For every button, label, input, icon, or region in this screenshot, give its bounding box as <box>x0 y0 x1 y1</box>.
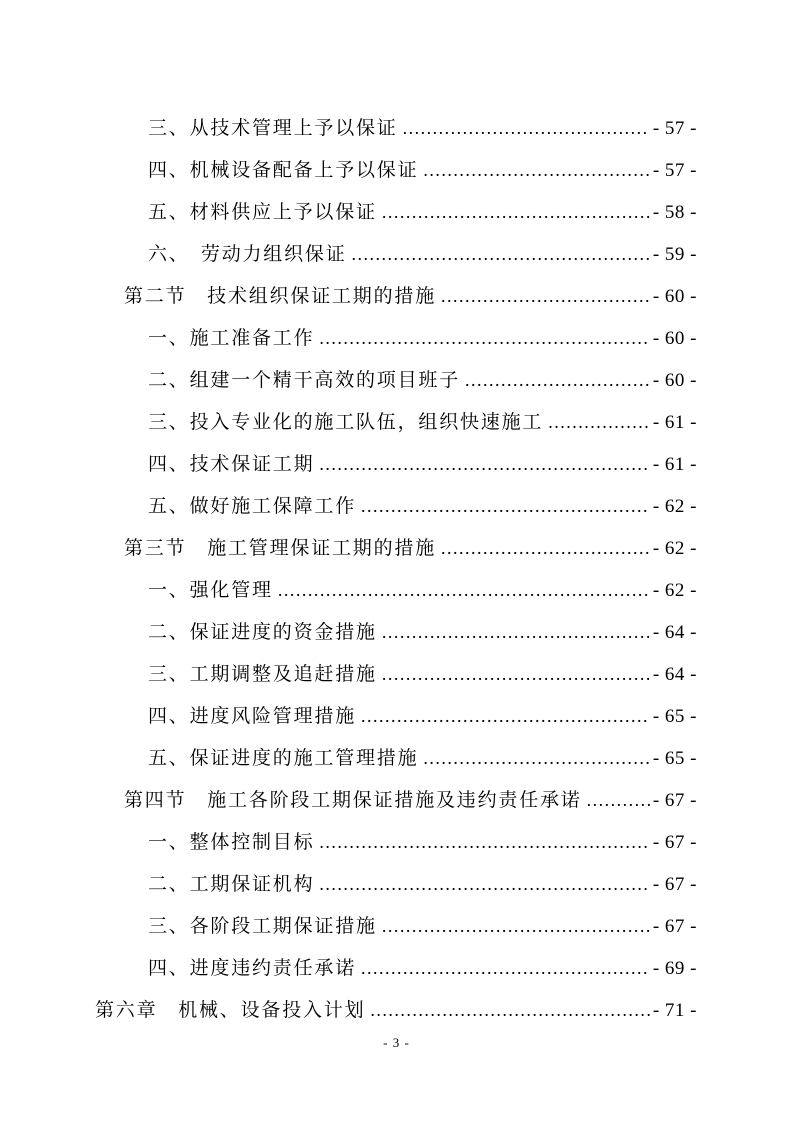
toc-leader-dots <box>465 359 650 401</box>
toc-entry-page: - 62 - <box>653 528 697 570</box>
toc-entry-page: - 64 - <box>653 612 697 654</box>
toc-entry[interactable]: 六、 劳动力组织保证 - 59 - <box>95 233 697 275</box>
toc-entry-page: - 67 - <box>653 864 697 906</box>
toc-entry[interactable]: 第三节 施工管理保证工期的措施 - 62 - <box>95 527 697 569</box>
toc-entry-label: 三、投入专业化的施工队伍，组织快速施工 <box>95 402 543 444</box>
toc-leader-dots <box>548 401 650 443</box>
toc-entry-label: 四、机械设备配备上予以保证 <box>95 150 418 192</box>
toc-entry-page: - 58 - <box>653 192 697 234</box>
toc-entry-page: - 61 - <box>653 444 697 486</box>
toc-entry-label: 四、进度违约责任承诺 <box>95 948 356 990</box>
toc-entry-label: 二、组建一个精干高效的项目班子 <box>95 360 460 402</box>
toc-entry-page: - 69 - <box>653 948 697 990</box>
toc-entry[interactable]: 四、进度违约责任承诺 - 69 - <box>95 947 697 989</box>
toc-entry[interactable]: 四、进度风险管理措施 - 65 - <box>95 695 697 737</box>
toc-leader-dots <box>352 233 650 275</box>
toc-entry-page: - 57 - <box>653 150 697 192</box>
toc-leader-dots <box>382 191 650 233</box>
toc-entry-page: - 67 - <box>653 906 697 948</box>
toc-leader-dots <box>587 779 650 821</box>
toc-entry-label: 二、工期保证机构 <box>95 864 314 906</box>
toc-entry-label: 五、保证进度的施工管理措施 <box>95 738 418 780</box>
toc-entry-page: - 60 - <box>653 318 697 360</box>
toc-leader-dots <box>319 317 649 359</box>
toc-entry-label: 三、工期调整及追赶措施 <box>95 654 377 696</box>
toc-entry[interactable]: 五、材料供应上予以保证 - 58 - <box>95 191 697 233</box>
toc-entry-label: 二、保证进度的资金措施 <box>95 612 377 654</box>
toc-entry-page: - 64 - <box>653 654 697 696</box>
toc-entry-label: 一、施工准备工作 <box>95 318 314 360</box>
toc-entry-page: - 60 - <box>653 360 697 402</box>
toc-entry-label: 一、整体控制目标 <box>95 822 314 864</box>
toc-entry-page: - 60 - <box>653 276 697 318</box>
toc-leader-dots <box>441 527 650 569</box>
toc-entry[interactable]: 第二节 技术组织保证工期的措施 - 60 - <box>95 275 697 317</box>
toc-entry-page: - 62 - <box>653 486 697 528</box>
toc-entry-label: 五、做好施工保障工作 <box>95 486 356 528</box>
toc-entry-label: 第三节 施工管理保证工期的措施 <box>95 528 436 570</box>
toc-entry-label: 四、技术保证工期 <box>95 444 314 486</box>
toc-leader-dots <box>382 905 650 947</box>
toc-entry[interactable]: 四、机械设备配备上予以保证 - 57 - <box>95 149 697 191</box>
document-page: 三、从技术管理上予以保证 - 57 - 四、机械设备配备上予以保证 - 57 -… <box>0 0 793 1122</box>
toc-entry-page: - 62 - <box>653 570 697 612</box>
toc-entry[interactable]: 三、投入专业化的施工队伍，组织快速施工 - 61 - <box>95 401 697 443</box>
toc-entry[interactable]: 三、从技术管理上予以保证 - 57 - <box>95 107 697 149</box>
toc-leader-dots <box>319 821 649 863</box>
toc-entry-page: - 71 - <box>653 990 697 1032</box>
toc-leader-dots <box>361 485 650 527</box>
toc-entry[interactable]: 一、强化管理 - 62 - <box>95 569 697 611</box>
toc-entry-page: - 67 - <box>653 822 697 864</box>
toc-entry[interactable]: 第六章 机械、设备投入计划 - 71 - <box>95 989 697 1031</box>
toc-leader-dots <box>361 695 650 737</box>
toc-entry-page: - 65 - <box>653 738 697 780</box>
toc-leader-dots <box>423 149 649 191</box>
toc-entry-page: - 67 - <box>653 780 697 822</box>
toc-leader-dots <box>319 443 649 485</box>
toc-entry[interactable]: 一、施工准备工作 - 60 - <box>95 317 697 359</box>
toc-leader-dots <box>382 611 650 653</box>
toc-leader-dots <box>382 653 650 695</box>
toc-entry-page: - 59 - <box>653 234 697 276</box>
toc-entry[interactable]: 五、保证进度的施工管理措施 - 65 - <box>95 737 697 779</box>
toc-entry-page: - 65 - <box>653 696 697 738</box>
toc-entry[interactable]: 一、整体控制目标 - 67 - <box>95 821 697 863</box>
toc-entry[interactable]: 二、组建一个精干高效的项目班子 - 60 - <box>95 359 697 401</box>
toc-entry[interactable]: 五、做好施工保障工作 - 62 - <box>95 485 697 527</box>
toc-entry-label: 五、材料供应上予以保证 <box>95 192 377 234</box>
toc-leader-dots <box>423 737 649 779</box>
toc-entry-label: 第四节 施工各阶段工期保证措施及违约责任承诺 <box>95 780 582 822</box>
toc-entry-label: 六、 劳动力组织保证 <box>95 234 347 276</box>
toc-leader-dots <box>361 947 650 989</box>
toc-entry[interactable]: 二、保证进度的资金措施 - 64 - <box>95 611 697 653</box>
toc-entry[interactable]: 四、技术保证工期 - 61 - <box>95 443 697 485</box>
toc-entry-label: 四、进度风险管理措施 <box>95 696 356 738</box>
toc-leader-dots <box>278 569 650 611</box>
toc-entry-label: 一、强化管理 <box>95 570 273 612</box>
toc-entry-label: 第二节 技术组织保证工期的措施 <box>95 276 436 318</box>
toc-entry-label: 三、各阶段工期保证措施 <box>95 906 377 948</box>
toc-entry[interactable]: 三、各阶段工期保证措施 - 67 - <box>95 905 697 947</box>
footer-page-number: - 3 - <box>383 1035 410 1050</box>
toc-entry-label: 第六章 机械、设备投入计划 <box>95 990 365 1032</box>
toc-leader-dots <box>403 107 650 149</box>
toc-entry[interactable]: 三、工期调整及追赶措施 - 64 - <box>95 653 697 695</box>
toc-entry[interactable]: 第四节 施工各阶段工期保证措施及违约责任承诺 - 67 - <box>95 779 697 821</box>
toc-entry-page: - 57 - <box>653 108 697 150</box>
toc-leader-dots <box>370 989 649 1031</box>
toc-entry-page: - 61 - <box>653 402 697 444</box>
toc-entry-label: 三、从技术管理上予以保证 <box>95 108 398 150</box>
toc-entry[interactable]: 二、工期保证机构 - 67 - <box>95 863 697 905</box>
toc-leader-dots <box>441 275 650 317</box>
page-footer: - 3 - <box>0 1033 793 1053</box>
table-of-contents: 三、从技术管理上予以保证 - 57 - 四、机械设备配备上予以保证 - 57 -… <box>95 107 697 1031</box>
toc-leader-dots <box>319 863 649 905</box>
